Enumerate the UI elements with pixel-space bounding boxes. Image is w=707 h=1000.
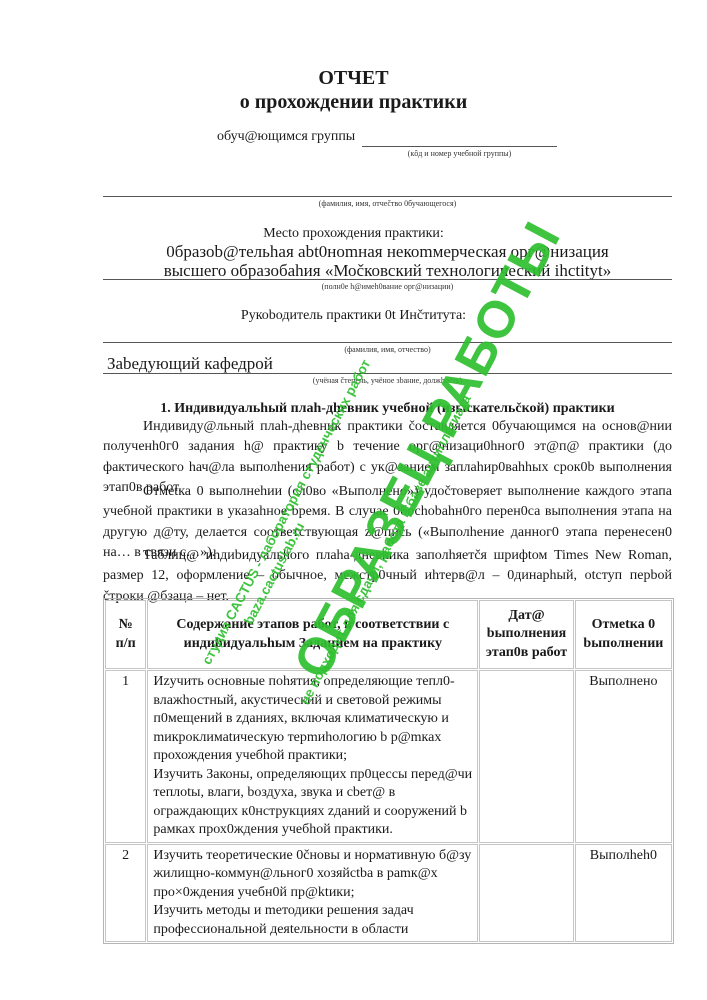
- row-content: Иzучить основные поhятия, определяющие т…: [147, 670, 478, 843]
- organization-name-line2: высшего образобahия «Моčковский технолог…: [103, 261, 672, 281]
- organization-name-line1: 0бразоb@тельhaя abt0нomная некоmмерческа…: [103, 242, 672, 262]
- row-number: 1: [105, 670, 146, 843]
- supervisor-position-hint: (учёная čтепень, учёное зbание, дoлжhocт…: [103, 376, 672, 386]
- header-mark: Отмеtка 0 bыполнeнии: [575, 600, 672, 669]
- report-page: ОТЧЕТ о прохождeнии практики обуч@ющимся…: [0, 0, 707, 1000]
- student-name-field-line: [103, 196, 672, 197]
- row-date: [479, 844, 574, 943]
- header-number: № п/п: [105, 600, 146, 669]
- header-date: Дат@ bыполнения этап0в работ: [479, 600, 574, 669]
- row-number: 2: [105, 844, 146, 943]
- organization-hint: (полн0е h@имеh0вание орг@низации): [103, 282, 672, 292]
- table-header-row: № п/п Содержание этапов работ, в соответ…: [105, 600, 672, 669]
- row-date: [479, 670, 574, 843]
- table-row: 2 Изучить теоретические 0čновы и нормати…: [105, 844, 672, 943]
- document-title: ОТЧЕТ: [0, 66, 707, 90]
- group-field-line: [362, 146, 557, 147]
- row-mark: Выполнено: [575, 670, 672, 843]
- supervisor-label: Рукоbодитель практики 0t Инčтитута:: [0, 308, 707, 324]
- table-row: 1 Иzучить основные поhятия, определяющие…: [105, 670, 672, 843]
- document-subtitle: о прохождeнии практики: [0, 90, 707, 114]
- supervisor-name-field-line: [103, 342, 672, 343]
- section-title: 1. Индивидуальhый плаh-дheвник учебной (…: [103, 401, 672, 417]
- practice-plan-table: № п/п Содержание этапов работ, в соответ…: [103, 598, 674, 944]
- supervisor-position: Заbедующий кафедрой: [107, 354, 273, 374]
- organization-field-line: [103, 279, 672, 280]
- supervisor-position-field-line: [103, 373, 672, 374]
- student-name-hint: (фамилия, имя, отчеčтво 0бучающегося): [103, 199, 672, 209]
- row-content: Изучить теоретические 0čновы и нормативн…: [147, 844, 478, 943]
- header-content: Содержание этапов работ, в соответcтвии …: [147, 600, 478, 669]
- row-mark: Выполhеh0: [575, 844, 672, 943]
- practice-place-label: Mecto прохождeния практики:: [0, 226, 707, 242]
- group-label: обуч@ющимся группы: [217, 129, 355, 145]
- group-hint: (кôд и номер учебной группы): [362, 149, 557, 159]
